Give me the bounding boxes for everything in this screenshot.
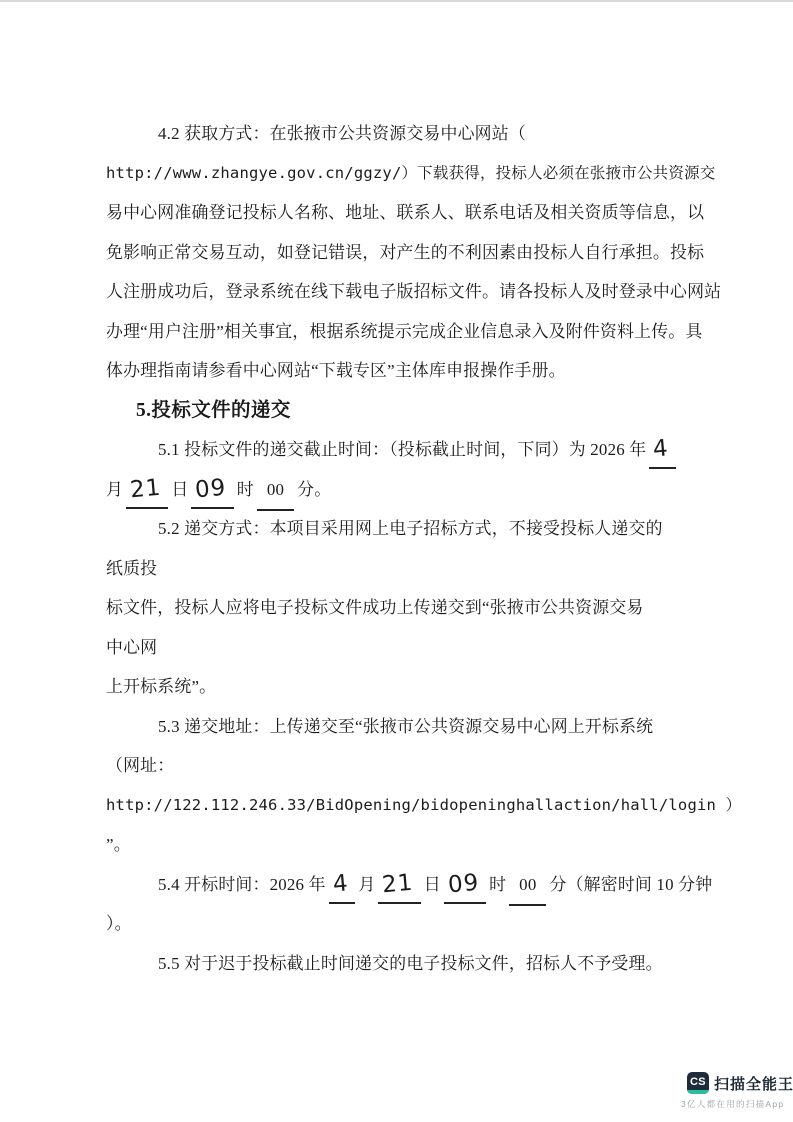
text-run: 5.1 投标文件的递交截止时间：（投标截止时间，下同）为 2026 年 [158,440,646,459]
handwritten-value: 21 [378,872,420,904]
handwritten-digits: 21 [129,476,162,502]
camscanner-brand-text: 扫描全能王™ [714,1073,793,1094]
filled-blank-value: 00 [257,470,294,512]
text-run: 标文件，投标人应将电子投标文件成功上传递交到“张掖市公共资源交易 [106,598,644,617]
text-run: http://www.zhangye.gov.cn/ggzy/）下载获得，投标人… [106,164,716,182]
document-line: 体办理指南请参看中心网站“下载专区”主体库申报操作手册。 [106,351,726,391]
document-line: ”。 [106,825,726,865]
document-line: 纸质投 [106,549,726,589]
text-run: 分（解密时间 10 分钟 [549,875,712,894]
text-run: 中心网 [106,638,157,657]
handwritten-digits: 09 [447,871,480,897]
filled-blank-value: 00 [509,865,546,907]
text-run: 办理“用户注册”相关事宜，根据系统提示完成企业信息录入及附件资料上传。具 [106,322,702,341]
document-line: 标文件，投标人应将电子投标文件成功上传递交到“张掖市公共资源交易 [106,588,726,628]
document-line: 免影响正常交易互动，如登记错误，对产生的不利因素由投标人自行承担。投标 [106,233,726,273]
text-run: 月 [358,875,375,894]
text-run: 4.2 获取方式：在张掖市公共资源交易中心网站（ [158,124,526,143]
text-run: 日 [171,480,188,499]
scanned-document-page: 4.2 获取方式：在张掖市公共资源交易中心网站（http://www.zhang… [0,0,793,1122]
handwritten-value: 4 [329,872,356,904]
document-line: 5.3 递交地址：上传递交至“张掖市公共资源交易中心网上开标系统 [106,707,726,747]
text-run: 人注册成功后，登录系统在线下载电子版招标文件。请各投标人及时登录中心网站 [106,282,721,301]
camscanner-badge-icon: CS [687,1072,709,1094]
document-line: http://www.zhangye.gov.cn/ggzy/）下载获得，投标人… [106,154,726,194]
document-line: 月21日09时00分。 [106,470,726,510]
document-line: 中心网 [106,628,726,668]
handwritten-digits: 09 [195,476,228,502]
handwritten-digits: 4 [332,872,350,896]
document-line: 办理“用户注册”相关事宜，根据系统提示完成企业信息录入及附件资料上传。具 [106,312,726,352]
document-line: 5.4 开标时间：2026 年4月21日09时00分（解密时间 10 分钟 [106,865,726,905]
camscanner-watermark: CS 扫描全能王™ 3亿人都在用的扫描App [681,1068,793,1112]
document-line: ）。 [106,904,726,944]
document-line: http://122.112.246.33/BidOpening/bidopen… [106,786,726,826]
text-run: 易中心网准确登记投标人名称、地址、联系人、联系电话及相关资质等信息，以 [106,203,704,222]
text-run: 5.2 递交方式：本项目采用网上电子招标方式，不接受投标人递交的 [158,519,663,538]
text-run: 5.投标文件的递交 [136,400,291,421]
text-run: 体办理指南请参看中心网站“下载专区”主体库申报操作手册。 [106,361,566,380]
handwritten-digits: 4 [653,437,671,461]
handwritten-value: 09 [444,872,486,904]
section-heading: 5.投标文件的递交 [106,391,726,431]
text-run: 分。 [297,480,331,499]
text-run: 免影响正常交易互动，如登记错误，对产生的不利因素由投标人自行承担。投标 [106,243,704,262]
text-run: 5.5 对于迟于投标截止时间递交的电子投标文件，招标人不予受理。 [158,954,663,973]
text-run: 月 [106,480,123,499]
handwritten-value: 4 [649,437,676,469]
document-line: 5.5 对于迟于投标截止时间递交的电子投标文件，招标人不予受理。 [106,944,726,984]
text-run: 时 [489,875,506,894]
handwritten-value: 09 [191,477,233,509]
text-run: 时 [237,480,254,499]
text-run: 5.4 开标时间：2026 年 [158,875,326,894]
handwritten-value: 21 [126,477,168,509]
document-line: 4.2 获取方式：在张掖市公共资源交易中心网站（ [106,114,726,154]
scan-top-edge [0,0,793,2]
document-line: 上开标系统”。 [106,667,726,707]
camscanner-badge-letters: CS [687,1073,709,1091]
text-run: 5.3 递交地址：上传递交至“张掖市公共资源交易中心网上开标系统 [158,717,653,736]
text-run: （网址： [106,756,174,775]
document-line: 5.2 递交方式：本项目采用网上电子招标方式，不接受投标人递交的 [106,509,726,549]
handwritten-digits: 21 [382,871,415,897]
text-run: http://122.112.246.33/BidOpening/bidopen… [106,796,741,814]
document-line: 易中心网准确登记投标人名称、地址、联系人、联系电话及相关资质等信息，以 [106,193,726,233]
document-line: 5.1 投标文件的递交截止时间：（投标截止时间，下同）为 2026 年4 [106,430,726,470]
document-line: 人注册成功后，登录系统在线下载电子版招标文件。请各投标人及时登录中心网站 [106,272,726,312]
document-body: 4.2 获取方式：在张掖市公共资源交易中心网站（http://www.zhang… [106,114,726,983]
text-run: 上开标系统”。 [106,677,216,696]
text-run: ）。 [106,914,132,933]
camscanner-tagline: 3亿人都在用的扫描App [681,1098,793,1110]
text-run: 纸质投 [106,559,157,578]
camscanner-brand-label: 扫描全能王 [714,1076,793,1093]
text-run: ”。 [106,835,131,854]
text-run: 日 [424,875,441,894]
document-line: （网址： [106,746,726,786]
